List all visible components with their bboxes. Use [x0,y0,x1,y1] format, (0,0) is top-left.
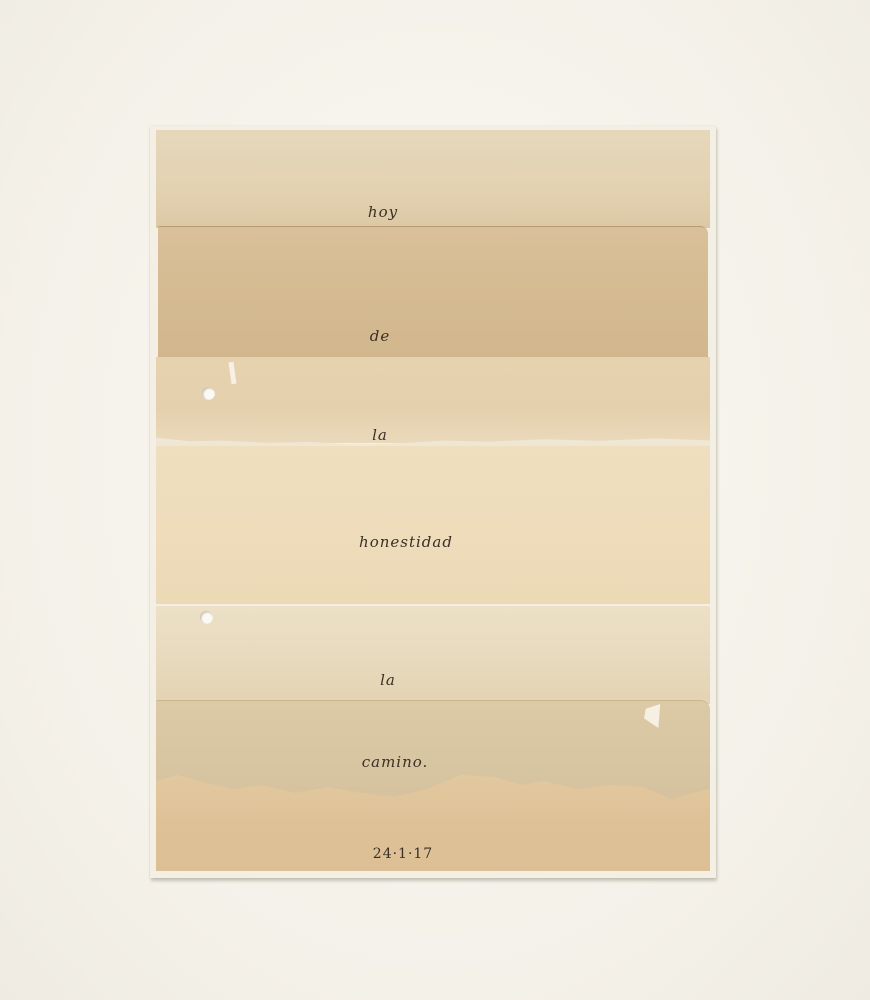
date-label: 24·1·17 [373,846,433,862]
paper-strip-pale [156,604,710,704]
handwritten-word: de [370,327,390,345]
handwritten-word: hoy [368,203,398,221]
handwritten-word: la [380,671,396,689]
paper-strip-top [156,130,710,228]
punch-hole-icon [202,387,215,400]
handwritten-word: camino. [362,753,429,771]
collage-card: hoy de la honestidad la camino. 24·1·17 [150,126,716,878]
paper-strip-torn [156,357,710,443]
handwritten-word: la [372,426,388,444]
paper-strip-cream [156,446,710,606]
handwritten-word: honestidad [359,533,453,551]
paper-strip-kraft [158,226,708,358]
punch-hole-icon [200,611,213,624]
